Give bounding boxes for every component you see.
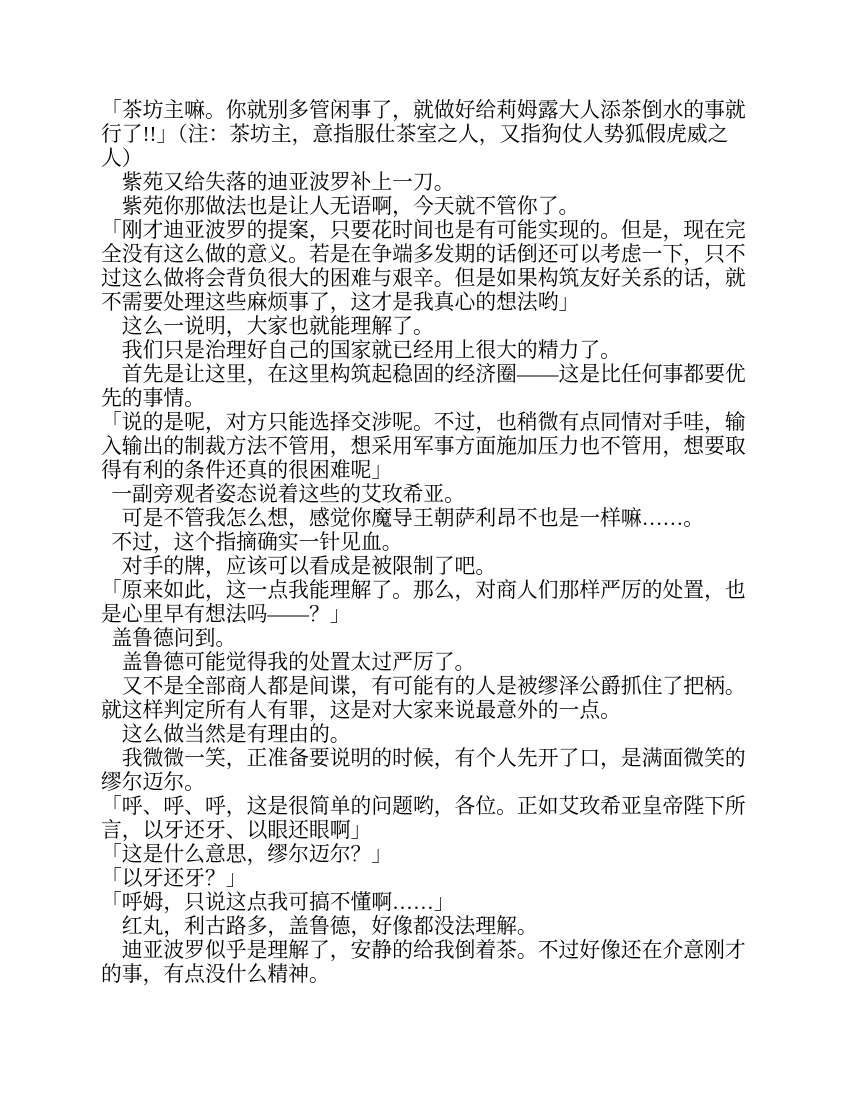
narration-paragraph: 盖鲁德可能觉得我的处置太过严厉了。	[101, 651, 761, 675]
dialogue-paragraph: 「这是什么意思，缪尔迈尔？」	[101, 843, 761, 867]
text-line: 「茶坊主嘛。你就别多管闲事了，就做好给莉姆露大人添茶倒水的事就	[101, 99, 761, 123]
narration-paragraph: 紫苑你那做法也是让人无语啊，今天就不管你了。	[101, 195, 761, 219]
text-line: 过这么做将会背负很大的困难与艰辛。但是如果构筑友好关系的话，就	[101, 267, 761, 291]
text-line: 紫苑你那做法也是让人无语啊，今天就不管你了。	[101, 195, 761, 219]
dialogue-paragraph: 「呼、呼、呼，这是很简单的问题哟，各位。正如艾玫希亚皇帝陛下所 言，以牙还牙、以…	[101, 795, 761, 843]
text-line: 的事，有点没什么精神。	[101, 963, 761, 987]
text-line: 红丸，利古路多，盖鲁德，好像都没法理解。	[101, 915, 761, 939]
narration-paragraph: 我微微一笑，正准备要说明的时候，有个人先开了口，是满面微笑的 缪尔迈尔。	[101, 747, 761, 795]
text-line: 缪尔迈尔。	[101, 771, 761, 795]
dialogue-paragraph: 「呼姆，只说这点我可搞不懂啊……」	[101, 891, 761, 915]
text-line: 「以牙还牙？」	[101, 867, 761, 891]
text-line: 我们只是治理好自己的国家就已经用上很大的精力了。	[101, 339, 761, 363]
narration-paragraph: 首先是让这里，在这里构筑起稳固的经济圈——这是比任何事都要优 先的事情。	[101, 363, 761, 411]
text-line: 盖鲁德问到。	[101, 627, 761, 651]
text-line: 就这样判定所有人有罪，这是对大家来说最意外的一点。	[101, 699, 761, 723]
text-line: 一副旁观者姿态说着这些的艾玫希亚。	[101, 483, 761, 507]
dialogue-paragraph: 「刚才迪亚波罗的提案，只要花时间也是有可能实现的。但是，现在完 全没有这么做的意…	[101, 219, 761, 315]
text-line: 先的事情。	[101, 387, 761, 411]
text-line: 言，以牙还牙、以眼还眼啊」	[101, 819, 761, 843]
narration-paragraph: 红丸，利古路多，盖鲁德，好像都没法理解。	[101, 915, 761, 939]
dialogue-paragraph: 「以牙还牙？」	[101, 867, 761, 891]
text-line: 「说的是呢，对方只能选择交涉呢。不过，也稍微有点同情对手哇，输	[101, 411, 761, 435]
text-line: 入输出的制裁方法不管用，想采用军事方面施加压力也不管用，想要取	[101, 435, 761, 459]
text-line: 迪亚波罗似乎是理解了，安静的给我倒着茶。不过好像还在介意刚才	[101, 939, 761, 963]
dialogue-paragraph: 「原来如此，这一点我能理解了。那么，对商人们那样严厉的处置，也 是心里早有想法吗…	[101, 579, 761, 627]
dialogue-paragraph: 「茶坊主嘛。你就别多管闲事了，就做好给莉姆露大人添茶倒水的事就 行了!!」（注：…	[101, 99, 761, 171]
narration-paragraph: 迪亚波罗似乎是理解了，安静的给我倒着茶。不过好像还在介意刚才 的事，有点没什么精…	[101, 939, 761, 987]
narration-paragraph: 我们只是治理好自己的国家就已经用上很大的精力了。	[101, 339, 761, 363]
text-line: 这么一说明，大家也就能理解了。	[101, 315, 761, 339]
narration-paragraph: 一副旁观者姿态说着这些的艾玫希亚。	[101, 483, 761, 507]
narration-paragraph: 盖鲁德问到。	[101, 627, 761, 651]
narration-paragraph: 又不是全部商人都是间谍，有可能有的人是被缪泽公爵抓住了把柄。 就这样判定所有人有…	[101, 675, 761, 723]
narration-paragraph: 紫苑又给失落的迪亚波罗补上一刀。	[101, 171, 761, 195]
text-line: 盖鲁德可能觉得我的处置太过严厉了。	[101, 651, 761, 675]
document-page: 「茶坊主嘛。你就别多管闲事了，就做好给莉姆露大人添茶倒水的事就 行了!!」（注：…	[101, 99, 761, 987]
text-line: 「这是什么意思，缪尔迈尔？」	[101, 843, 761, 867]
text-line: 我微微一笑，正准备要说明的时候，有个人先开了口，是满面微笑的	[101, 747, 761, 771]
text-line: 首先是让这里，在这里构筑起稳固的经济圈——这是比任何事都要优	[101, 363, 761, 387]
text-line: 又不是全部商人都是间谍，有可能有的人是被缪泽公爵抓住了把柄。	[101, 675, 761, 699]
text-line: 得有利的条件还真的很困难呢」	[101, 459, 761, 483]
text-line: 可是不管我怎么想，感觉你魔导王朝萨利昂不也是一样嘛……。	[101, 507, 761, 531]
text-line: 这么做当然是有理由的。	[101, 723, 761, 747]
text-line: 人）	[101, 147, 761, 171]
text-line: 「原来如此，这一点我能理解了。那么，对商人们那样严厉的处置，也	[101, 579, 761, 603]
text-line: 紫苑又给失落的迪亚波罗补上一刀。	[101, 171, 761, 195]
text-line: 对手的牌，应该可以看成是被限制了吧。	[101, 555, 761, 579]
text-line: 全没有这么做的意义。若是在争端多发期的话倒还可以考虑一下，只不	[101, 243, 761, 267]
text-line: 不过，这个指摘确实一针见血。	[101, 531, 761, 555]
narration-paragraph: 不过，这个指摘确实一针见血。	[101, 531, 761, 555]
narration-paragraph: 对手的牌，应该可以看成是被限制了吧。	[101, 555, 761, 579]
text-line: 不需要处理这些麻烦事了，这才是我真心的想法哟」	[101, 291, 761, 315]
text-line: 行了!!」（注：茶坊主，意指服仕茶室之人，又指狗仗人势狐假虎威之	[101, 123, 761, 147]
narration-paragraph: 这么做当然是有理由的。	[101, 723, 761, 747]
narration-paragraph: 这么一说明，大家也就能理解了。	[101, 315, 761, 339]
text-line: 「刚才迪亚波罗的提案，只要花时间也是有可能实现的。但是，现在完	[101, 219, 761, 243]
dialogue-paragraph: 「说的是呢，对方只能选择交涉呢。不过，也稍微有点同情对手哇，输 入输出的制裁方法…	[101, 411, 761, 483]
text-line: 「呼姆，只说这点我可搞不懂啊……」	[101, 891, 761, 915]
text-line: 是心里早有想法吗——？」	[101, 603, 761, 627]
narration-paragraph: 可是不管我怎么想，感觉你魔导王朝萨利昂不也是一样嘛……。	[101, 507, 761, 531]
text-line: 「呼、呼、呼，这是很简单的问题哟，各位。正如艾玫希亚皇帝陛下所	[101, 795, 761, 819]
